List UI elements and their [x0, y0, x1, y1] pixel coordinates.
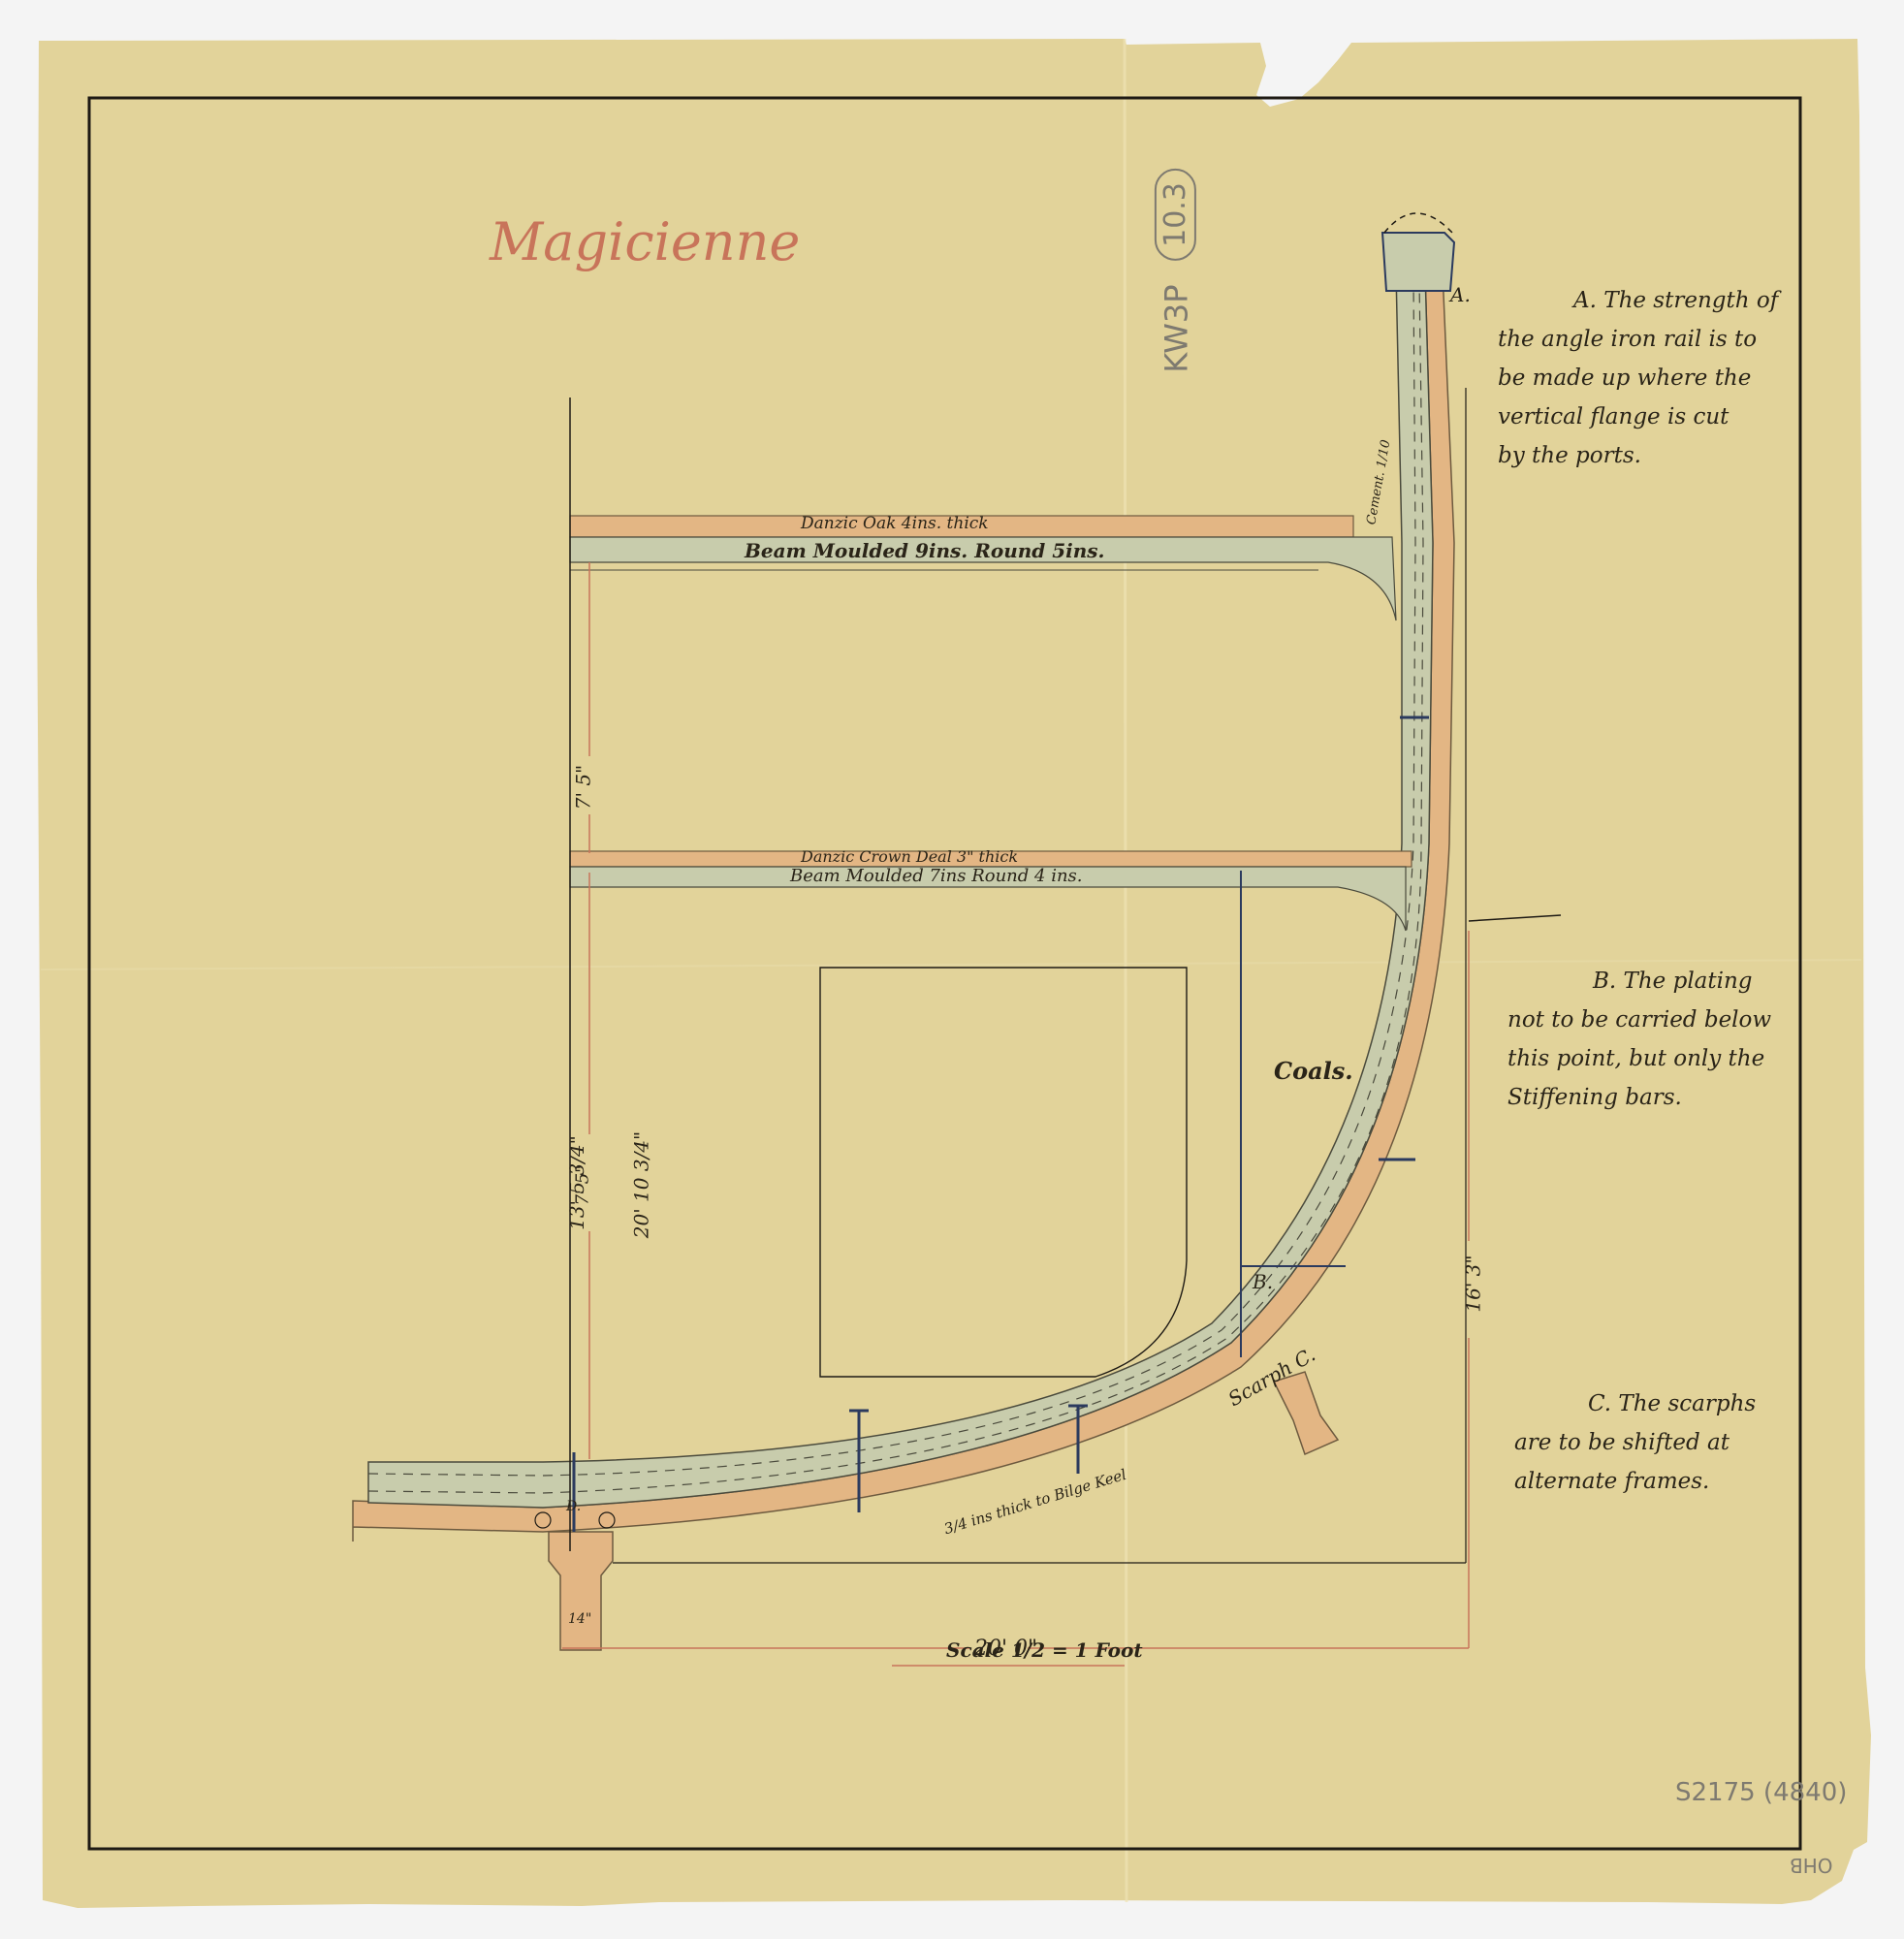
note-b-line: B. The plating: [1507, 962, 1771, 1001]
note-a-line: the angle iron rail is to: [1498, 320, 1778, 359]
stacked-dimension-3: 20' 10 3/4": [629, 1131, 652, 1239]
upper-beam-label: Beam Moulded 9ins. Round 5ins.: [745, 539, 1105, 562]
note-a: A. The strength of the angle iron rail i…: [1498, 281, 1778, 475]
lower-plank-label: Danzic Crown Deal 3" thick: [801, 847, 1018, 866]
note-a-line: by the ports.: [1498, 436, 1778, 475]
coals-label: Coals.: [1274, 1057, 1353, 1085]
lower-beam-label: Beam Moulded 7ins Round 4 ins.: [790, 866, 1083, 886]
catalogue-mark-corner: OHB: [1790, 1854, 1833, 1877]
deck-height-dimension: 7' 5": [571, 765, 594, 811]
drawing-sheet: Magicienne 10.3 KW3P S2175 (4840) OHB Da…: [0, 0, 1904, 1939]
note-a-line: be made up where the: [1498, 359, 1778, 397]
catalogue-mark-circled: 10.3: [1155, 169, 1196, 261]
ship-name-title: Magicienne: [490, 211, 800, 272]
upper-plank-label: Danzic Oak 4ins. thick: [801, 514, 989, 533]
note-b: B. The plating not to be carried below t…: [1507, 962, 1771, 1117]
note-b-line: this point, but only the: [1507, 1039, 1771, 1078]
stacked-dimension-2: 7' 5": [572, 1165, 592, 1206]
depth-dimension: 16' 3": [1462, 1255, 1485, 1312]
catalogue-mark-vertical: KW3P: [1158, 284, 1195, 372]
point-b-label: B.: [1253, 1270, 1273, 1293]
keel-d-label: D.: [566, 1499, 581, 1514]
note-c-line: C. The scarphs: [1514, 1384, 1756, 1423]
note-c-line: are to be shifted at: [1514, 1423, 1756, 1462]
angle-iron-rail: [1382, 233, 1454, 291]
note-a-line: A. The strength of: [1498, 281, 1778, 320]
note-b-line: Stiffening bars.: [1507, 1078, 1771, 1117]
note-c-line: alternate frames.: [1514, 1462, 1756, 1501]
half-breadth-dimension: 20' 0": [974, 1637, 1037, 1661]
keel-width-label: 14": [568, 1611, 591, 1627]
note-a-line: vertical flange is cut: [1498, 397, 1778, 436]
note-c: C. The scarphs are to be shifted at alte…: [1514, 1384, 1756, 1501]
point-a-label: A.: [1450, 283, 1471, 306]
note-b-line: not to be carried below: [1507, 1001, 1771, 1039]
catalogue-mark-bottom: S2175 (4840): [1675, 1778, 1847, 1807]
